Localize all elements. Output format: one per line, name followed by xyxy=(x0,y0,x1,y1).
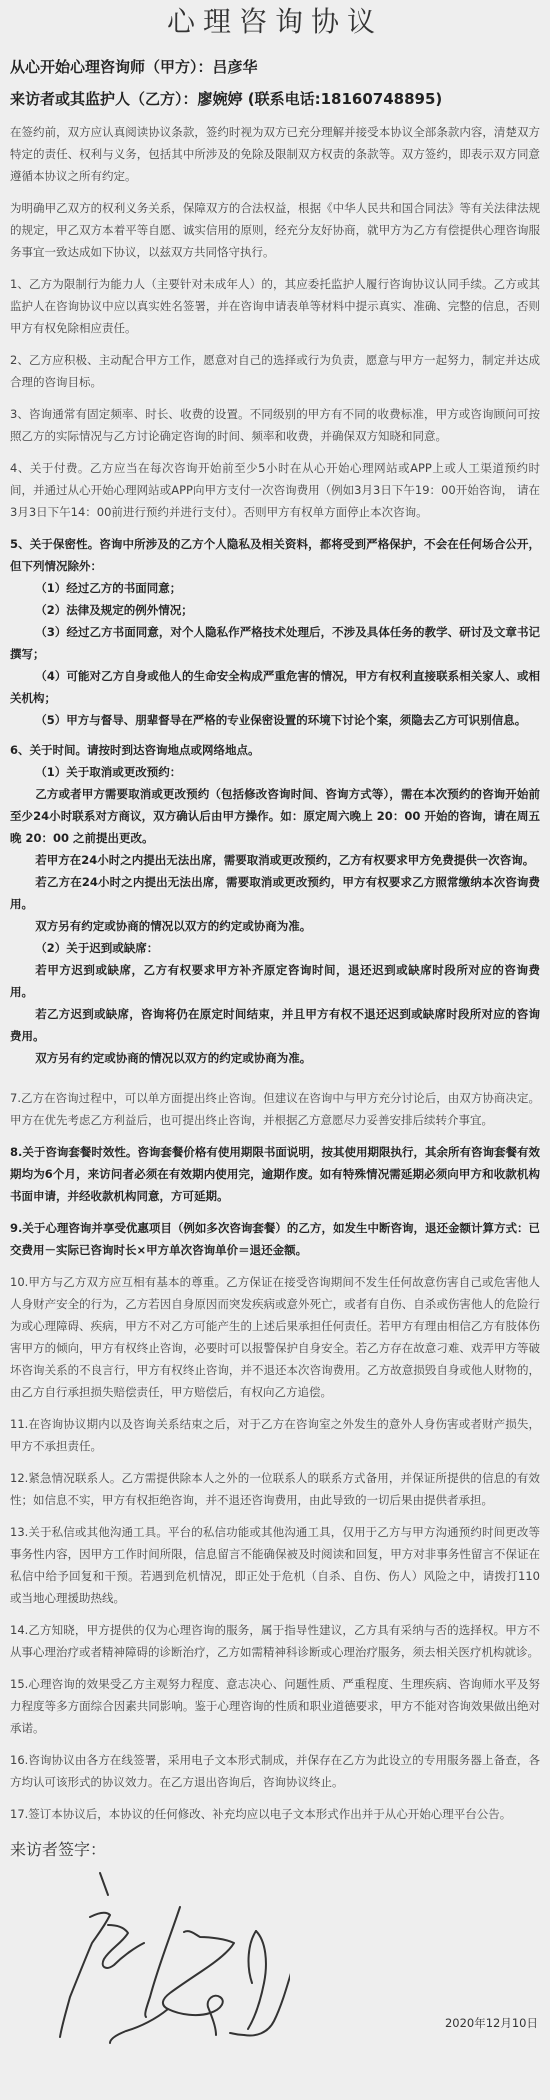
clause-2: 2、乙方应积极、主动配合甲方工作，愿意对自己的选择或行为负责，愿意与甲方一起努力… xyxy=(10,349,540,393)
clause-9: 9.关于心理咨询并享受优惠项目（例如多次咨询套餐）的乙方，如发生中断咨询，退还金… xyxy=(10,1217,540,1261)
clause-6-late-item: 双方另有约定或协商的情况以双方的约定或协商为准。 xyxy=(10,1047,540,1069)
agreement-document: 心理咨询协议 从心开始心理咨询师（甲方）：吕彦华 来访者或其监护人（乙方）：廖婉… xyxy=(0,0,550,2057)
clause-7: 7.乙方在咨询过程中，可以单方面提出终止咨询。但建议在咨询中与甲方充分讨论后，由… xyxy=(10,1087,540,1131)
clause-6-intro: 6、关于时间。请按时到达咨询地点或网络地点。 xyxy=(10,739,540,761)
signature-label: 来访者签字： xyxy=(10,1839,540,1861)
clause-10: 10.甲方与乙方双方应互相有基本的尊重。乙方保证在接受咨询期间不发生任何故意伤害… xyxy=(10,1271,540,1403)
clause-8: 8.关于咨询套餐时效性。咨询套餐价格有使用期限书面说明，按其使用期限执行，其余所… xyxy=(10,1141,540,1207)
party-a-line: 从心开始心理咨询师（甲方）：吕彦华 xyxy=(10,57,540,77)
clause-12: 12.紧急情况联系人。乙方需提供除本人之外的一位联系人的联系方式备用，并保证所提… xyxy=(10,1467,540,1511)
clause-13: 13.关于私信或其他沟通工具。平台的私信功能或其他沟通工具，仅用于乙方与甲方沟通… xyxy=(10,1521,540,1609)
clause-1: 1、乙方为限制行为能力人（主要针对未成年人）的，其应委托监护人履行咨询协议认同手… xyxy=(10,273,540,339)
clause-5-item: （4）可能对乙方自身或他人的生命安全构成严重危害的情况，甲方有权利直接联系相关家… xyxy=(10,665,540,709)
page-title: 心理咨询协议 xyxy=(10,0,540,48)
clause-5-item: （3）经过乙方书面同意，对个人隐私作严格技术处理后，不涉及具体任务的教学、研讨及… xyxy=(10,621,540,665)
party-b-line: 来访者或其监护人（乙方）：廖婉婷 (联系电话:18160748895) xyxy=(10,89,540,109)
clause-6-cancel-item: 若甲方在24小时之内提出无法出席，需要取消或更改预约，乙方有权要求甲方免费提供一… xyxy=(10,849,540,871)
handwritten-signature-image xyxy=(30,1867,290,2057)
clause-6-cancel-item: 若乙方在24小时之内提出无法出席，需要取消或更改预约，甲方有权要求乙方照常缴纳本… xyxy=(10,871,540,915)
preamble-paragraph: 在签约前，双方应认真阅读协议条款，签约时视为双方已充分理解并接受本协议全部条款内… xyxy=(10,121,540,187)
clause-4: 4、关于付费。乙方应当在每次咨询开始前至少5小时在从心开始心理网站或APP上或人… xyxy=(10,457,540,523)
clause-5: 5、关于保密性。咨询中所涉及的乙方个人隐私及相关资料，都将受到严格保护，不会在任… xyxy=(10,533,540,731)
clause-5-intro: 5、关于保密性。咨询中所涉及的乙方个人隐私及相关资料，都将受到严格保护，不会在任… xyxy=(10,533,540,577)
clause-6: 6、关于时间。请按时到达咨询地点或网络地点。 （1）关于取消或更改预约： 乙方或… xyxy=(10,739,540,1069)
clause-6-cancel-item: 乙方或者甲方需要取消或更改预约（包括修改咨询时间、咨询方式等），需在本次预约的咨… xyxy=(10,783,540,849)
clause-6-cancel-item: 双方另有约定或协商的情况以双方的约定或协商为准。 xyxy=(10,915,540,937)
clause-5-item: （1）经过乙方的书面同意； xyxy=(10,577,540,599)
clause-6-late-item: 若乙方迟到或缺席，咨询将仍在原定时间结束，并且甲方有权不退还迟到或缺席时段所对应… xyxy=(10,1003,540,1047)
clause-17: 17.签订本协议后，本协议的任何修改、补充均应以电子文本形式作出并于从心开始心理… xyxy=(10,1803,540,1825)
clause-6-cancel-heading: （1）关于取消或更改预约： xyxy=(10,761,540,783)
clause-6-late-heading: （2）关于迟到或缺席： xyxy=(10,937,540,959)
clause-11: 11.在咨询协议期内以及咨询关系结束之后，对于乙方在咨询室之外发生的意外人身伤害… xyxy=(10,1413,540,1457)
clause-14: 14.乙方知晓，甲方提供的仅为心理咨询的服务，属于指导性建议，乙方具有采纳与否的… xyxy=(10,1619,540,1663)
clause-5-item: （2）法律及规定的例外情况； xyxy=(10,599,540,621)
signing-date: 2020年12月10日 xyxy=(445,2015,538,2031)
clause-3: 3、咨询通常有固定频率、时长、收费的设置。不同级别的甲方有不同的收费标准，甲方或… xyxy=(10,403,540,447)
clause-6-late-item: 若甲方迟到或缺席，乙方有权要求甲方补齐原定咨询时间，退还迟到或缺席时段所对应的咨… xyxy=(10,959,540,1003)
clause-15: 15.心理咨询的效果受乙方主观努力程度、意志决心、问题性质、严重程度、生理疾病、… xyxy=(10,1673,540,1739)
clause-5-item: （5）甲方与督导、朋辈督导在严格的专业保密设置的环境下讨论个案，须隐去乙方可识别… xyxy=(10,709,540,731)
clause-16: 16.咨询协议由各方在线签署，采用电子文本形式制成，并保存在乙方为此设立的专用服… xyxy=(10,1749,540,1793)
preamble-paragraph: 为明确甲乙双方的权利义务关系，保障双方的合法权益，根据《中华人民共和国合同法》等… xyxy=(10,197,540,263)
